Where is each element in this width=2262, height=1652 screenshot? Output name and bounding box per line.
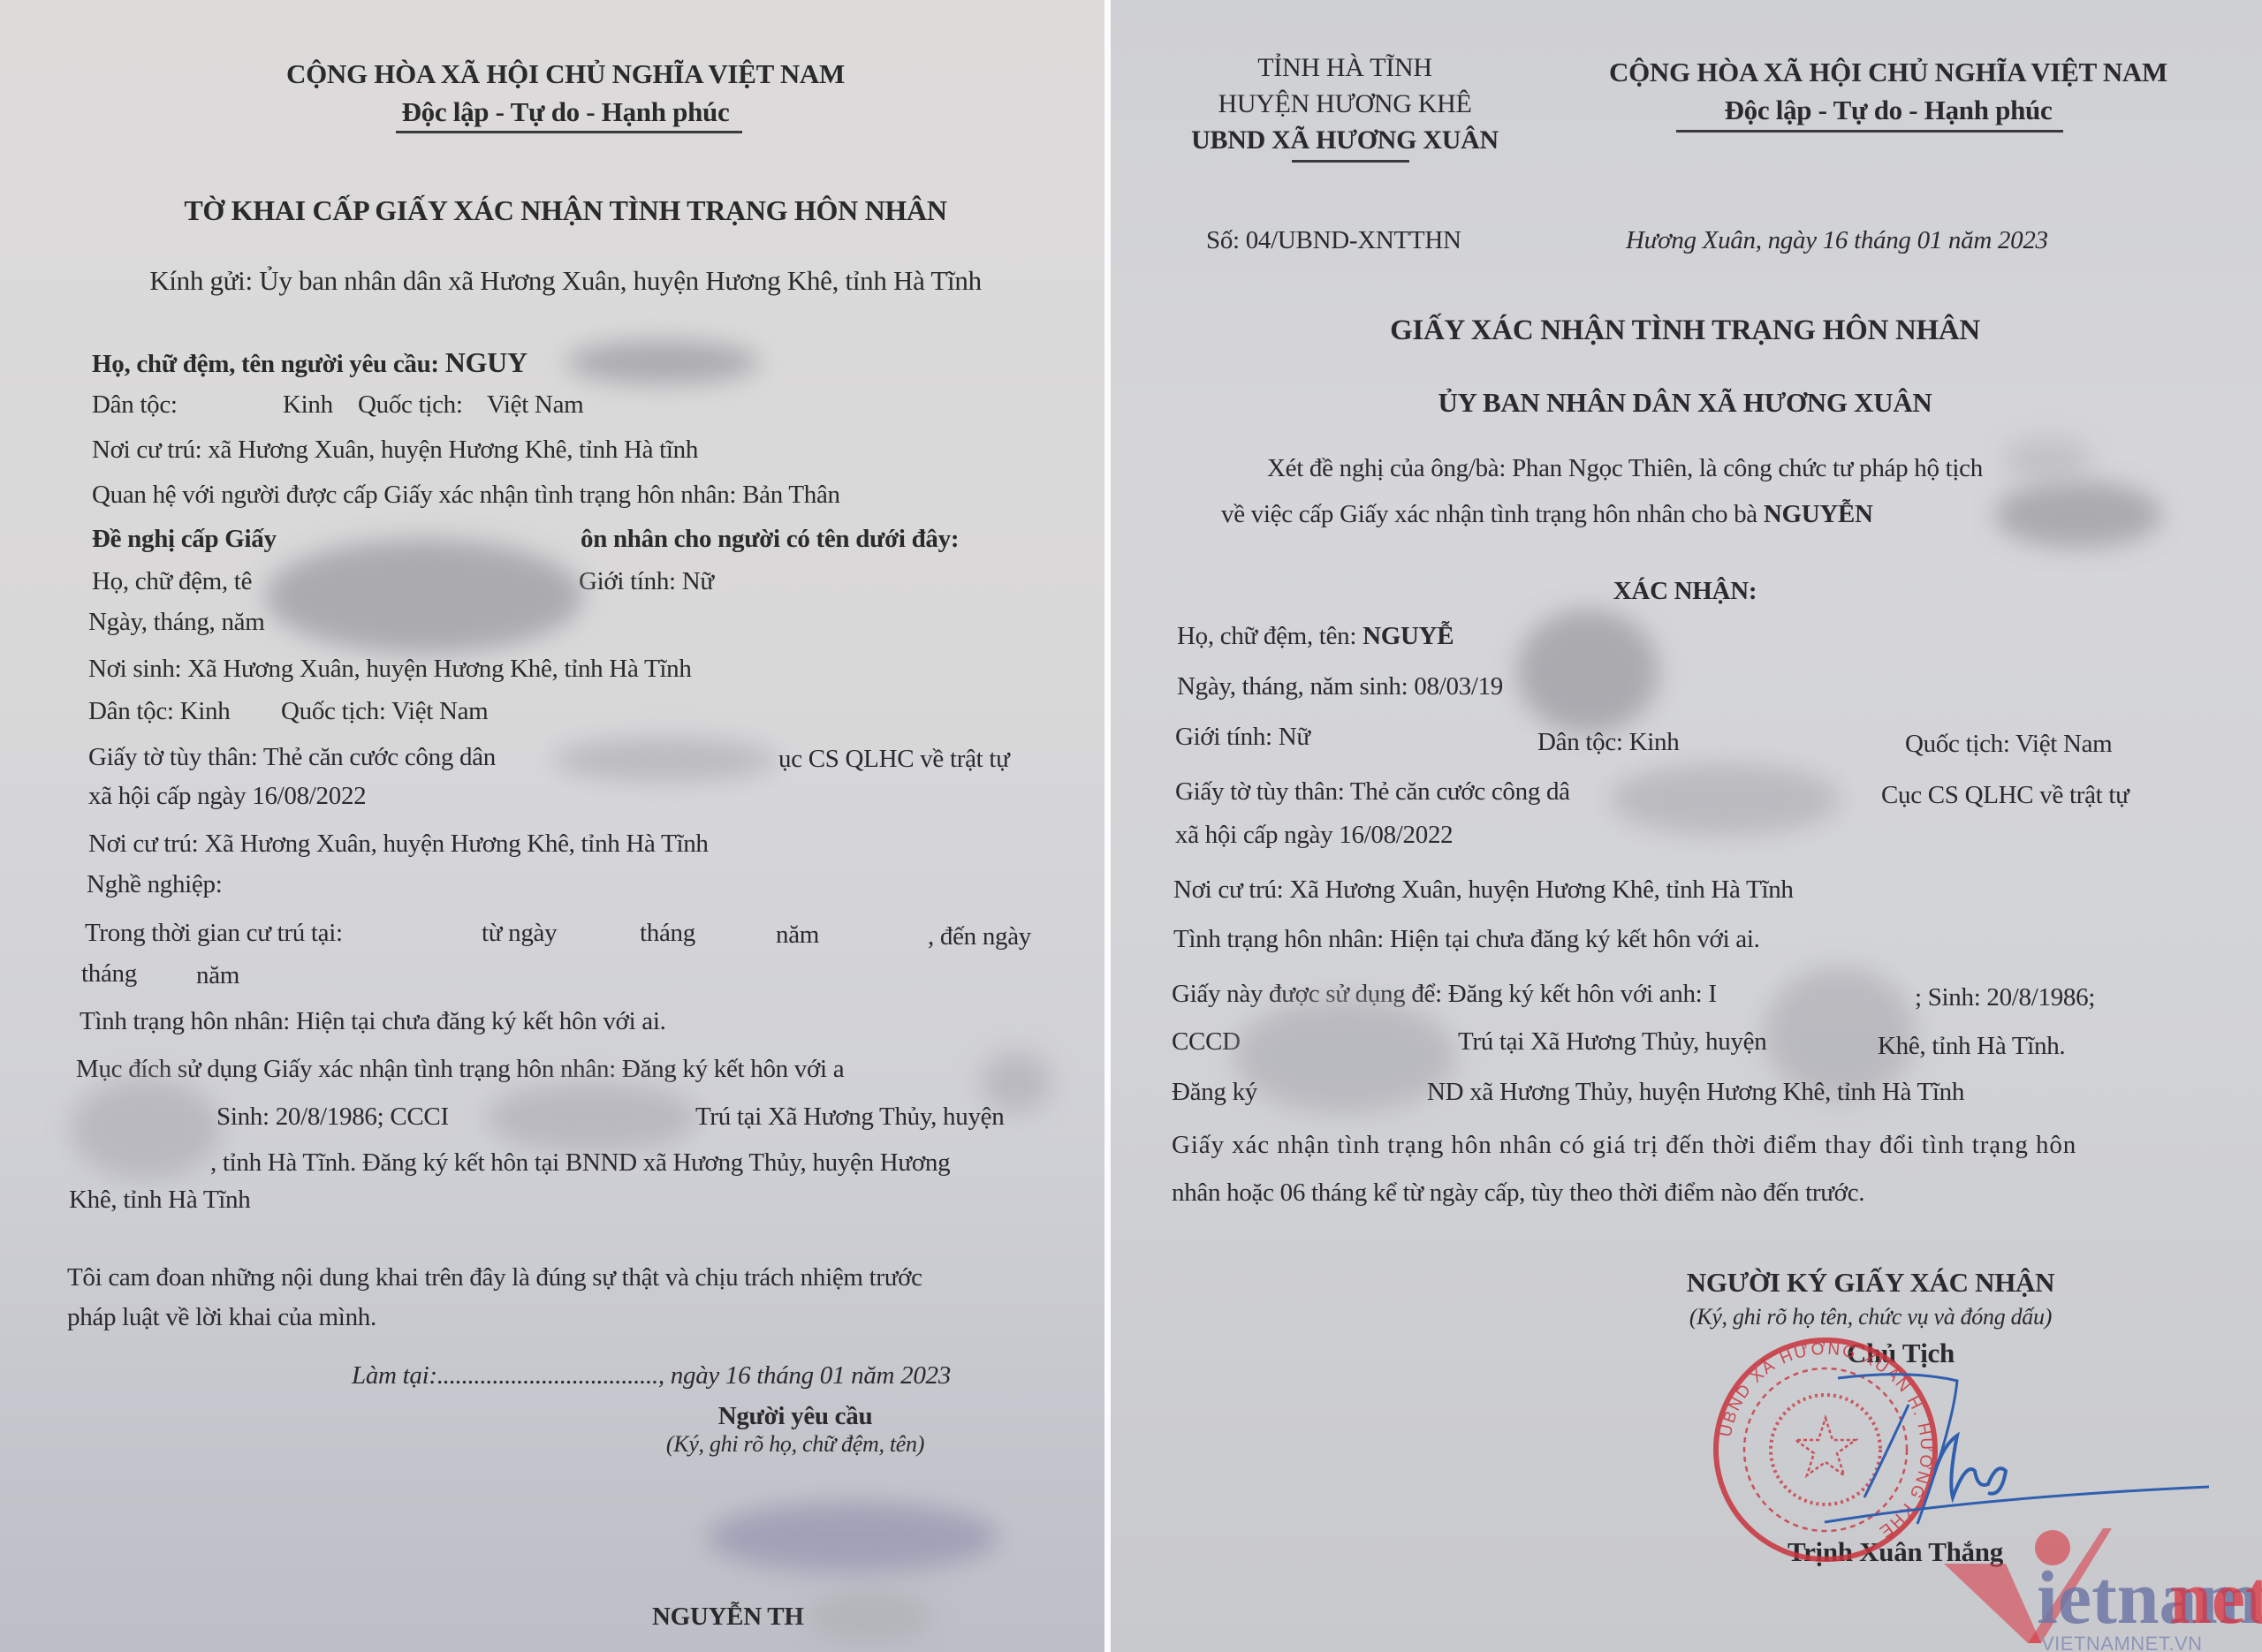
period-from-day: từ ngày	[482, 921, 557, 946]
preamble-name: NGUYỄN	[1764, 500, 1873, 528]
name-label: Họ, chữ đệm, tên:	[1177, 622, 1356, 650]
requester-sign-note: (Ký, ghi rõ họ, chữ đệm, tên)	[619, 1433, 972, 1456]
signer-note: (Ký, ghi rõ họ tên, chức vụ và đóng dấu)	[1605, 1306, 2136, 1329]
id-doc-line-c: xã hội cấp ngày 16/08/2022	[88, 784, 366, 809]
page-divider	[1104, 0, 1111, 1652]
motto-underline	[1676, 130, 2063, 133]
birthplace-line: Nơi sinh: Xã Hương Xuân, huyện Hương Khê…	[88, 656, 692, 682]
pledge-line-a: Tôi cam đoan những nội dung khai trên đâ…	[67, 1265, 922, 1291]
dob-label: Ngày, tháng, năm	[88, 610, 265, 635]
form-title: TỜ KHAI CẤP GIẤY XÁC NHẬN TÌNH TRẠNG HÔN…	[141, 196, 990, 224]
residence-line: Nơi cư trú: Xã Hương Xuân, huyện Hương K…	[1173, 877, 1794, 903]
requester-signed-name: NGUYỄN TH	[652, 1604, 804, 1630]
usage-line-b3: Khê, tỉnh Hà Tĩnh.	[1878, 1034, 2065, 1059]
application-form-page: CỘNG HÒA XÃ HỘI CHỦ NGHĨA VIỆT NAM Độc l…	[0, 0, 1104, 1652]
national-title: CỘNG HÒA XÃ HỘI CHỦ NGHĨA VIỆT NAM	[1561, 58, 2215, 86]
residence-line: Nơi cư trú: xã Hương Xuân, huyện Hương K…	[92, 437, 698, 463]
place-date: Hương Xuân, ngày 16 tháng 01 năm 2023	[1626, 228, 2048, 254]
request-heading-start: Đề nghị cấp Giấy	[92, 527, 277, 552]
ethnicity-line: Dân tộc: Kinh	[1537, 730, 1679, 755]
dob-line: Ngày, tháng, năm sinh: 08/03/19	[1177, 674, 1503, 700]
period-to-day: , đến ngày	[928, 924, 1031, 950]
preamble-text: về việc cấp Giấy xác nhận tình trạng hôn…	[1221, 500, 1757, 528]
commune-underline	[1292, 160, 1409, 163]
preamble-line-b: về việc cấp Giấy xác nhận tình trạng hôn…	[1221, 502, 1873, 527]
watermark-brand-b: net	[2169, 1559, 2262, 1635]
relationship-line: Quan hệ với người được cấp Giấy xác nhận…	[92, 482, 840, 508]
addressee: Kính gửi: Ủy ban nhân dân xã Hương Xuân,…	[97, 267, 1034, 294]
national-title: CỘNG HÒA XÃ HỘI CHỦ NGHĨA VIỆT NAM	[283, 60, 848, 87]
period2-year: năm	[196, 963, 239, 989]
id-doc-line-a: Giấy tờ tùy thân: Thẻ căn cước công dâ	[1175, 779, 1570, 805]
period-year: năm	[776, 922, 819, 948]
ethnicity-label: Dân tộc:	[92, 392, 178, 418]
marital-status-line: Tình trạng hôn nhân: Hiện tại chưa đăng …	[1173, 927, 1760, 952]
requester-label: Họ, chữ đệm, tên người yêu cầu: NGUY	[92, 348, 528, 377]
purpose-line-d: Khê, tỉnh Hà Tĩnh	[69, 1187, 250, 1213]
province-header: TỈNH HÀ TĨNH	[1181, 55, 1508, 81]
confirm-heading: XÁC NHẬN:	[1508, 579, 1862, 604]
redaction-blur	[1517, 610, 1659, 733]
certificate-title: GIẤY XÁC NHẬN TÌNH TRẠNG HÔN NHÂN	[1287, 316, 2083, 345]
vietnamnet-watermark: ietnam net VIETNAMNET.VN	[1944, 1511, 2262, 1652]
requester-name: NGUY	[445, 346, 528, 378]
redaction-blur	[808, 1590, 932, 1643]
redaction-blur	[265, 539, 583, 654]
document-number: Số: 04/UBND-XNTTHN	[1206, 228, 1461, 254]
id-doc-line-a: Giấy tờ tùy thân: Thẻ căn cước công dân	[88, 745, 496, 770]
residence2-line: Nơi cư trú: Xã Hương Xuân, huyện Hương K…	[88, 831, 709, 857]
id-doc-line-b: ục CS QLHC về trật tự	[778, 746, 1010, 772]
purpose-line-b1: Sinh: 20/8/1986; CCCI	[216, 1104, 449, 1130]
nationality2-line: Quốc tịch: Việt Nam	[281, 699, 488, 724]
usage-line-c2: ND xã Hương Thủy, huyện Hương Khê, tỉnh …	[1427, 1080, 1964, 1105]
period2-month: tháng	[81, 961, 137, 987]
gender-line: Giới tính: Nữ	[579, 569, 714, 595]
occupation-line: Nghề nghiệp:	[87, 872, 222, 898]
requester-sign-title: Người yêu cầu	[619, 1404, 972, 1429]
issuer-heading: ỦY BAN NHÂN DÂN XÃ HƯƠNG XUÂN	[1287, 389, 2083, 416]
requester-label-text: Họ, chữ đệm, tên người yêu cầu:	[92, 350, 439, 378]
period-month: tháng	[640, 921, 695, 946]
usage-line-a: Giấy này được sử dụng để: Đăng ký kết hô…	[1172, 981, 1717, 1007]
name-label: Họ, chữ đệm, tê	[92, 569, 252, 595]
validity-line-b: nhân hoặc 06 tháng kể từ ngày cấp, tùy t…	[1172, 1180, 1864, 1206]
pledge-line-b: pháp luật về lời khai của mình.	[67, 1305, 376, 1330]
commune-header: UBND XÃ HƯƠNG XUÂN	[1181, 127, 1508, 154]
district-header: HUYỆN HƯƠNG KHÊ	[1181, 91, 1508, 117]
redaction-blur	[1994, 481, 2162, 548]
usage-line-b2: Trú tại Xã Hương Thủy, huyện	[1458, 1029, 1766, 1055]
usage-line-a2: ; Sinh: 20/8/1986;	[1915, 985, 2095, 1011]
period-label: Trong thời gian cư trú tại:	[85, 921, 343, 946]
ethnicity2-line: Dân tộc: Kinh	[88, 699, 230, 724]
purpose-line-a: Mục đích sử dụng Giấy xác nhận tình trạn…	[76, 1057, 844, 1082]
id-doc-line-c: xã hội cấp ngày 16/08/2022	[1175, 822, 1453, 848]
request-heading-end: ôn nhân cho người có tên dưới đây:	[581, 527, 959, 552]
id-doc-line-b: Cục CS QLHC về trật tự	[1881, 783, 2129, 808]
nationality-label: Quốc tịch:	[358, 392, 463, 418]
name-line: Họ, chữ đệm, tên: NGUYỄ	[1177, 624, 1454, 649]
preamble-line-a: Xét đề nghị của ông/bà: Phan Ngọc Thiên,…	[1267, 456, 1983, 481]
redaction-blur	[565, 340, 760, 384]
watermark-domain: VIETNAMNET.VN	[2041, 1633, 2203, 1652]
usage-line-c1: Đăng ký	[1172, 1080, 1257, 1105]
nationality-value: Việt Nam	[487, 392, 583, 418]
purpose-line-c: , tỉnh Hà Tĩnh. Đăng ký kết hôn tại BNND…	[210, 1150, 950, 1176]
ethnicity-value: Kinh	[283, 392, 333, 418]
gender-line: Giới tính: Nữ	[1175, 724, 1310, 750]
signature-redaction-blur	[707, 1502, 998, 1572]
usage-line-b1: CCCD	[1172, 1029, 1241, 1055]
redaction-blur	[1610, 764, 1840, 835]
name-value: NGUYỄ	[1363, 622, 1454, 650]
redaction-blur	[71, 1078, 221, 1179]
motto: Độc lập - Tự do - Hạnh phúc	[283, 98, 848, 125]
signer-heading: NGƯỜI KÝ GIẤY XÁC NHẬN	[1605, 1269, 2136, 1296]
redaction-blur	[2003, 437, 2091, 481]
nationality-line: Quốc tịch: Việt Nam	[1905, 731, 2112, 757]
place-date-line: Làm tại:................................…	[352, 1363, 951, 1389]
motto-underline	[396, 131, 742, 133]
redaction-blur	[552, 738, 778, 782]
validity-line-a: Giấy xác nhận tình trạng hôn nhân có giá…	[1172, 1133, 2076, 1158]
purpose-line-b2: Trú tại Xã Hương Thủy, huyện	[695, 1104, 1004, 1130]
redaction-blur	[1234, 998, 1455, 1113]
motto: Độc lập - Tự do - Hạnh phúc	[1561, 96, 2215, 124]
marital-status-line: Tình trạng hôn nhân: Hiện tại chưa đăng …	[80, 1009, 666, 1034]
redaction-blur	[486, 1082, 698, 1153]
